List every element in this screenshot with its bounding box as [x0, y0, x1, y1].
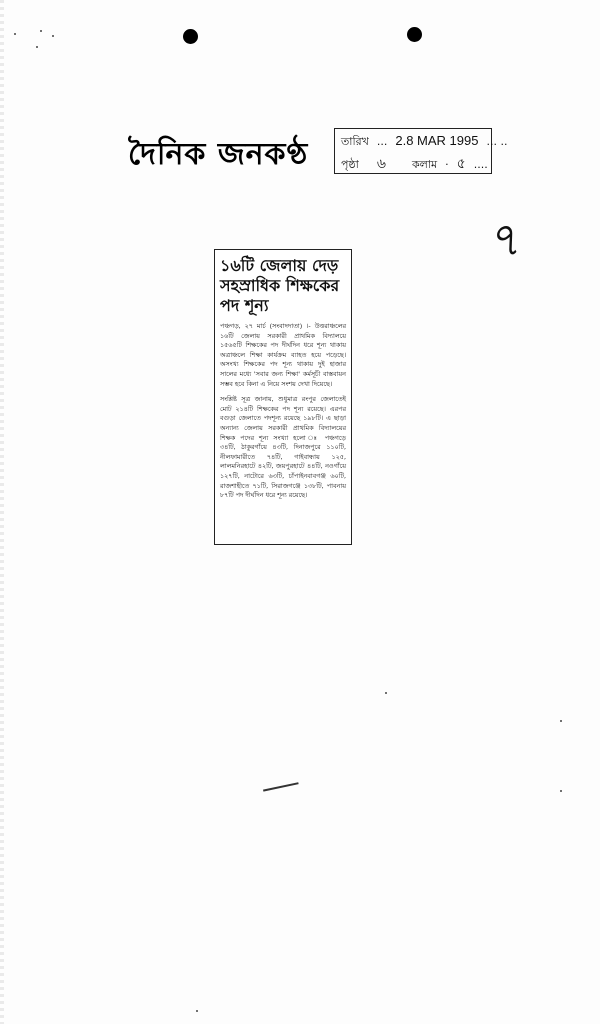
- dust-speck: [36, 46, 38, 48]
- article-clipping: ১৬টি জেলায় দেড় সহস্রাধিক শিক্ষকের পদ শ…: [214, 249, 352, 545]
- stamp-page-label: পৃষ্ঠা: [341, 156, 359, 175]
- newspaper-masthead: দৈনিক জনকণ্ঠ: [128, 130, 308, 181]
- dust-speck: [52, 35, 54, 37]
- dust-speck: [560, 790, 562, 792]
- handwritten-number: ৭: [480, 203, 527, 287]
- ink-smudge: [261, 774, 298, 791]
- stamp-date-value: 2.8 MAR 1995: [395, 133, 478, 148]
- archive-page: দৈনিক জনকণ্ঠ তারিখ ... 2.8 MAR 1995 ... …: [0, 0, 600, 1024]
- date-stamp: তারিখ ... 2.8 MAR 1995 ... .. পৃষ্ঠা ৬ ক…: [334, 128, 492, 174]
- article-paragraph-1: পঞ্চগড়, ২৭ মার্চ (সংবাদদাতা) ।- উত্তরাঞ…: [220, 322, 346, 389]
- stamp-column-value: ৫: [457, 152, 466, 176]
- dust-speck: [560, 720, 562, 722]
- article-paragraph-2: সংশ্লিষ্ট সূত্র জানায়, শুধুমাত্র রংপুর …: [220, 395, 346, 501]
- punch-hole-left: [183, 29, 198, 44]
- scan-edge: [0, 0, 4, 1024]
- stamp-date-label: তারিখ: [341, 133, 369, 152]
- stamp-page-value: ৬: [377, 152, 386, 176]
- dust-speck: [385, 692, 387, 694]
- punch-hole-right: [407, 27, 422, 42]
- dust-speck: [14, 33, 16, 35]
- stamp-column-label: কলাম: [412, 156, 437, 175]
- dust-speck: [40, 30, 42, 32]
- dust-speck: [196, 1010, 198, 1012]
- article-headline: ১৬টি জেলায় দেড় সহস্রাধিক শিক্ষকের পদ শ…: [220, 256, 346, 316]
